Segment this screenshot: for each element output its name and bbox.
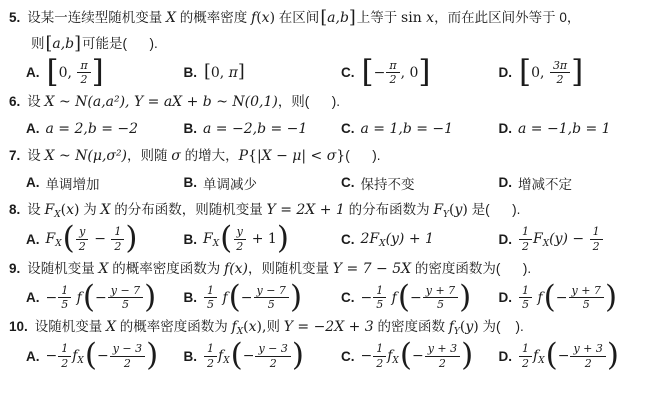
open-bracket: [ (46, 36, 53, 54)
fraction: y − 75 (254, 284, 289, 311)
option-A: A.−15 f(−y − 75) (26, 283, 184, 312)
option-label: D. (499, 232, 513, 247)
math-italic-run: x (66, 202, 74, 218)
math-subscripted-symbol: fX (72, 348, 84, 364)
math-roman-run: + 1 (247, 231, 277, 247)
math-subscripted-symbol: fX (218, 348, 230, 364)
option-label: D. (499, 175, 513, 190)
text-run: 的分布函数，则随机变量 (111, 202, 267, 217)
text-run: 设随机变量 (35, 319, 106, 334)
math-italic-run: Y = −2X + 3 (284, 319, 374, 335)
fraction-denominator: 5 (434, 298, 447, 311)
close-bracket: ) (144, 283, 156, 312)
math-roman-run: | < (301, 148, 326, 164)
fraction-denominator: 2 (78, 73, 91, 86)
math-roman-run: − (90, 231, 111, 247)
option-label: A. (26, 232, 40, 247)
math-roman-run: − (97, 348, 109, 364)
question-line: 7.设 X ~ N(μ,σ²)，则随 σ 的增大，P{|X − μ| < σ}(… (9, 143, 656, 169)
open-bracket: [ (519, 58, 531, 87)
text-run: 的分布函数为 (345, 202, 434, 217)
math-italic-run: (y) + 1 (386, 231, 434, 247)
option-label: B. (184, 290, 198, 305)
bracket-group: (−y − 75) (229, 283, 302, 312)
text-run: 单调增加 (46, 173, 100, 193)
math-subscripted-symbol: FX (46, 231, 62, 247)
option-A: A.FX(y2 − 12) (26, 224, 184, 253)
fraction-denominator: 2 (519, 357, 532, 370)
fraction-denominator: 2 (582, 357, 595, 370)
bracket-group: [−π2, 0] (362, 58, 431, 87)
fraction-numerator: y − 3 (110, 342, 145, 356)
fraction-denominator: 2 (436, 357, 449, 370)
fraction-numerator: y − 7 (108, 284, 143, 298)
math-italic-run: X ~ N(μ,σ²) (45, 148, 128, 164)
math-italic-run: x (426, 10, 434, 26)
options-row: A.[0, π2]B.[0, π]C.[−π2, 0]D.[0, 3π2] (9, 58, 656, 87)
text-run: 的增大， (181, 148, 239, 163)
text-run: 的概率密度 (176, 10, 251, 25)
fraction-numerator: y (234, 225, 246, 239)
fraction: y + 75 (569, 284, 604, 311)
fraction: y2 (76, 225, 89, 252)
open-bracket: ( (398, 283, 410, 312)
question-line: 10.设随机变量 X 的概率密度函数为 fX(x),则 Y = −2X + 3 … (9, 314, 656, 340)
fraction-numerator: y − 7 (254, 284, 289, 298)
fraction: 15 (373, 284, 386, 311)
close-bracket: ) (146, 341, 158, 370)
question-list: 5.设某一连续型随机变量 X 的概率密度 f(x) 在区间[a,b]上等于 si… (0, 0, 660, 371)
option-label: D. (499, 349, 513, 364)
fraction-numerator: 3π (550, 59, 570, 73)
close-bracket: ) (607, 341, 619, 370)
math-roman-run: − (241, 290, 253, 306)
fraction: 15 (204, 284, 217, 311)
fraction: y − 32 (255, 342, 290, 369)
option-A: A.单调增加 (26, 173, 184, 193)
math-roman-run: − (558, 348, 570, 364)
bracket-group: (y2 + 1) (220, 224, 289, 253)
math-italic-run: f (72, 290, 82, 306)
open-bracket: [ (362, 58, 374, 87)
option-label: D. (499, 121, 513, 136)
math-italic-run: a = −1,b = 1 (518, 121, 611, 137)
fraction-numerator: 1 (519, 225, 532, 239)
fraction-denominator: 2 (519, 240, 532, 253)
open-bracket: [ (204, 64, 211, 82)
options-row: A.−12fX(−y − 32)B.12fX(−y − 32)C.−12fX(−… (9, 341, 656, 370)
bracket-group: (−y + 75) (398, 283, 471, 312)
option-label: B. (184, 349, 198, 364)
close-bracket: ] (571, 58, 583, 87)
fraction-numerator: y + 7 (569, 284, 604, 298)
fraction: 12 (590, 225, 603, 252)
options-row: A.FX(y2 − 12)B.FX(y2 + 1)C.2FX(y) + 1D.1… (9, 224, 656, 253)
bracket-group: (−y − 32) (85, 341, 158, 370)
math-italic-run: X (99, 261, 109, 277)
fraction-denominator: 2 (58, 357, 71, 370)
question-line: 8.设 FX(x) 为 X 的分布函数，则随机变量 Y = 2X + 1 的分布… (9, 197, 656, 223)
math-subscripted-symbol: fY (449, 319, 460, 335)
text-run: 则 (31, 36, 45, 51)
text-run: 上等于 (357, 10, 401, 25)
fraction-numerator: y + 7 (423, 284, 458, 298)
fraction-denominator: 5 (204, 298, 217, 311)
fraction-numerator: 1 (373, 284, 386, 298)
open-bracket: ( (63, 224, 75, 253)
option-C: C.[−π2, 0] (341, 58, 499, 87)
question-line: 9.设随机变量 X 的概率密度函数为 f(x)，则随机变量 Y = 7 − 5X… (9, 256, 656, 282)
math-italic-run: f (533, 290, 543, 306)
math-italic-run: Y = 7 − 5X (333, 261, 411, 277)
bracket-group: (y2 − 12) (63, 224, 138, 253)
option-A: A.[0, π2] (26, 58, 184, 87)
bracket-group: (−y − 75) (83, 283, 156, 312)
math-subscripted-symbol: FX (203, 231, 219, 247)
fraction-denominator: 5 (265, 298, 278, 311)
fraction: π2 (77, 59, 90, 86)
math-italic-run: f (218, 290, 228, 306)
question-number: 7. (9, 148, 20, 163)
close-bracket: ] (349, 10, 356, 28)
close-bracket: ) (605, 283, 617, 312)
math-roman-run: − (95, 290, 107, 306)
fraction: y2 (233, 225, 246, 252)
option-A: A.a = 2,b = −2 (26, 121, 184, 137)
fraction-denominator: 2 (233, 240, 246, 253)
math-roman-run: ), (257, 319, 267, 335)
question-8: 8.设 FX(x) 为 X 的分布函数，则随机变量 Y = 2X + 1 的分布… (9, 197, 656, 253)
open-bracket: ( (83, 283, 95, 312)
text-run: 增减不定 (518, 173, 572, 193)
text-run: 为 (80, 202, 101, 217)
math-italic-run: x (249, 319, 257, 335)
math-italic-run: X (166, 10, 176, 26)
options-row: A.单调增加B.单调减少C.保持不变D.增减不定 (9, 170, 656, 195)
text-run: 设某一连续型随机变量 (27, 10, 166, 25)
math-roman-run: − (374, 65, 386, 81)
fraction: 15 (519, 284, 532, 311)
question-10: 10.设随机变量 X 的概率密度函数为 fX(x),则 Y = −2X + 3 … (9, 314, 656, 370)
fraction-numerator: 1 (519, 284, 532, 298)
fraction-denominator: 5 (119, 298, 132, 311)
math-italic-run: (y) − (549, 231, 588, 247)
option-C: C.2FX(y) + 1 (341, 231, 499, 247)
math-roman-run: 0, (59, 65, 77, 81)
fraction: 15 (58, 284, 71, 311)
fraction-numerator: 1 (519, 342, 532, 356)
math-italic-run: f(x) (224, 261, 248, 277)
fraction-denominator: 2 (590, 240, 603, 253)
fraction: 12 (58, 342, 71, 369)
close-bracket: ) (292, 341, 304, 370)
math-italic-run: a = 1,b = −1 (361, 121, 454, 137)
fraction-denominator: 2 (386, 73, 399, 86)
open-bracket: ( (544, 283, 556, 312)
fraction-denominator: 2 (76, 240, 89, 253)
fraction-numerator: y − 3 (255, 342, 290, 356)
fraction: 12 (519, 342, 532, 369)
fraction: y − 32 (110, 342, 145, 369)
fraction-denominator: 5 (58, 298, 71, 311)
option-D: D.12fX(−y + 32) (499, 341, 657, 370)
option-label: B. (184, 65, 198, 80)
fraction-numerator: 1 (204, 284, 217, 298)
text-run: 可能是( ). (82, 36, 158, 51)
math-italic-run: a = 2,b = −2 (46, 121, 139, 137)
fraction-denominator: 2 (111, 240, 124, 253)
option-label: B. (184, 121, 198, 136)
text-run: ，则随机变量 (248, 261, 333, 276)
text-run: ，则( ). (278, 94, 340, 109)
question-number: 6. (9, 94, 20, 109)
fraction-numerator: y (76, 225, 88, 239)
math-roman-run: sin (401, 10, 426, 26)
text-run: 单调减少 (203, 173, 257, 193)
fraction-denominator: 2 (554, 73, 567, 86)
text-run: 的概率密度函数为 (109, 261, 225, 276)
option-C: C.a = 1,b = −1 (341, 121, 499, 137)
text-run: 的概率密度函数为 (116, 319, 232, 334)
bracket-group: (−y + 32) (400, 341, 473, 370)
fraction: 12 (204, 342, 217, 369)
question-line: 则[a,b]可能是( ). (9, 31, 656, 57)
text-run: 保持不变 (361, 173, 415, 193)
fraction: 3π2 (550, 59, 570, 86)
close-bracket: ) (277, 224, 289, 253)
fraction-numerator: 1 (590, 225, 603, 239)
open-bracket: ( (231, 341, 243, 370)
option-label: C. (341, 121, 355, 136)
option-label: A. (26, 175, 40, 190)
bracket-group: (−y + 75) (544, 283, 617, 312)
fraction-denominator: 2 (373, 357, 386, 370)
option-label: B. (184, 232, 198, 247)
fraction: y − 75 (108, 284, 143, 311)
option-B: B.[0, π] (184, 64, 342, 82)
close-bracket: ] (238, 64, 245, 82)
math-italic-run: σ (327, 148, 337, 164)
option-D: D.12FX(y) − 12 (499, 225, 657, 252)
math-italic-run: a,b (327, 6, 349, 31)
option-B: B.单调减少 (184, 173, 342, 193)
open-bracket: ( (229, 283, 241, 312)
math-italic-run: π (229, 65, 238, 81)
math-italic-run: P (239, 148, 248, 164)
close-bracket: ) (290, 283, 302, 312)
close-bracket: ) (461, 341, 473, 370)
text-run: ，则随 (127, 148, 171, 163)
fraction: 12 (111, 225, 124, 252)
fraction-numerator: 1 (58, 342, 71, 356)
fraction-numerator: 1 (58, 284, 71, 298)
question-line: 6.设 X ~ N(a,a²), Y = aX + b ~ N(0,1)，则( … (9, 89, 656, 115)
bracket-group: (−y + 32) (546, 341, 619, 370)
open-bracket: [ (47, 58, 59, 87)
question-number: 10. (9, 319, 28, 334)
fraction: 12 (519, 225, 532, 252)
math-subscripted-symbol: fX (232, 319, 244, 335)
math-subscripted-symbol: FX (369, 231, 385, 247)
option-label: D. (499, 290, 513, 305)
option-B: B.a = −2,b = −1 (184, 121, 342, 137)
option-label: C. (341, 232, 355, 247)
math-italic-run: X ~ N(a,a²), Y = aX + b ~ N(0,1) (45, 94, 278, 110)
fraction-denominator: 2 (121, 357, 134, 370)
fraction-denominator: 2 (267, 357, 280, 370)
option-label: A. (26, 349, 40, 364)
bracket-group: [a,b] (320, 6, 355, 31)
math-italic-run: X (101, 202, 111, 218)
math-italic-run: x (262, 10, 270, 26)
question-number: 5. (9, 10, 20, 25)
option-label: D. (499, 65, 513, 80)
options-row: A.a = 2,b = −2B.a = −2,b = −1C.a = 1,b =… (9, 116, 656, 141)
open-bracket: ( (220, 224, 232, 253)
fraction: y + 32 (425, 342, 460, 369)
option-C: C.保持不变 (341, 173, 499, 193)
fraction-numerator: 1 (373, 342, 386, 356)
math-roman-run: − (46, 290, 58, 306)
fraction-numerator: 1 (204, 342, 217, 356)
fraction-numerator: π (386, 59, 399, 73)
fraction-numerator: 1 (111, 225, 124, 239)
math-italic-run: σ (171, 148, 181, 164)
math-roman-run: , 0 (401, 65, 419, 81)
math-roman-run: } (336, 148, 345, 164)
fraction: y + 75 (423, 284, 458, 311)
fraction-denominator: 5 (373, 298, 386, 311)
option-A: A.−12fX(−y − 32) (26, 341, 184, 370)
close-bracket: ] (92, 58, 104, 87)
question-6: 6.设 X ~ N(a,a²), Y = aX + b ~ N(0,1)，则( … (9, 89, 656, 141)
bracket-group: [0, 3π2] (519, 58, 583, 87)
math-italic-run: Y = 2X + 1 (267, 202, 345, 218)
text-run: 为( ). (479, 319, 524, 334)
option-C: C.−15 f(−y + 75) (341, 283, 499, 312)
math-italic-run: f (387, 290, 397, 306)
option-B: B.FX(y2 + 1) (184, 224, 342, 253)
fraction-numerator: y + 3 (425, 342, 460, 356)
option-B: B.15 f(−y − 75) (184, 283, 342, 312)
close-bracket: ] (74, 36, 81, 54)
math-roman-run: − (243, 348, 255, 364)
option-D: D.[0, 3π2] (499, 58, 657, 87)
fraction: y + 32 (570, 342, 605, 369)
question-9: 9.设随机变量 X 的概率密度函数为 f(x)，则随机变量 Y = 7 − 5X… (9, 256, 656, 312)
math-italic-run: X (106, 319, 116, 335)
math-italic-run: a = −2,b = −1 (203, 121, 307, 137)
option-label: C. (341, 65, 355, 80)
fraction: 12 (373, 342, 386, 369)
option-label: A. (26, 65, 40, 80)
bracket-group: (−y − 32) (231, 341, 304, 370)
option-B: B.12fX(−y − 32) (184, 341, 342, 370)
text-run: ，而在此区间外等于 0， (434, 10, 580, 25)
math-subscripted-symbol: fX (533, 348, 545, 364)
bracket-group: [0, π2] (47, 58, 104, 87)
close-bracket: ] (418, 58, 430, 87)
math-italic-run: X − μ (262, 148, 302, 164)
open-bracket: ( (546, 341, 558, 370)
fraction-denominator: 5 (519, 298, 532, 311)
options-row: A.−15 f(−y − 75)B.15 f(−y − 75)C.−15 f(−… (9, 283, 656, 312)
fraction-denominator: 2 (204, 357, 217, 370)
math-roman-run: 0, (531, 65, 549, 81)
fraction: π2 (386, 59, 399, 86)
math-roman-run: − (361, 348, 373, 364)
text-run: 的密度函数为( ). (411, 261, 531, 276)
text-run: ( ). (345, 148, 380, 163)
text-run: 设 (27, 202, 44, 217)
question-7: 7.设 X ~ N(μ,σ²)，则随 σ 的增大，P{|X − μ| < σ}(… (9, 143, 656, 195)
option-D: D.增减不定 (499, 173, 657, 193)
text-run: 设 (27, 94, 44, 109)
text-run: 设 (27, 148, 44, 163)
math-subscripted-symbol: FX (45, 202, 61, 218)
fraction-numerator: π (77, 59, 90, 73)
math-roman-run: − (556, 290, 568, 306)
option-D: D.15 f(−y + 75) (499, 283, 657, 312)
bracket-group: [0, π] (204, 64, 245, 82)
math-roman-run: 0, (211, 65, 229, 81)
text-run: 的密度函数 (374, 319, 449, 334)
close-bracket: ) (125, 224, 137, 253)
option-label: C. (341, 290, 355, 305)
math-subscripted-symbol: fX (387, 348, 399, 364)
option-label: A. (26, 290, 40, 305)
math-roman-run: {| (248, 148, 262, 164)
open-bracket: ( (85, 341, 97, 370)
fraction-denominator: 5 (580, 298, 593, 311)
question-number: 9. (9, 261, 20, 276)
math-roman-run: − (412, 348, 424, 364)
math-subscripted-symbol: FY (433, 202, 449, 218)
option-C: C.−12fX(−y + 32) (341, 341, 499, 370)
open-bracket: [ (320, 10, 327, 28)
text-run: 设随机变量 (27, 261, 98, 276)
question-line: 5.设某一连续型随机变量 X 的概率密度 f(x) 在区间[a,b]上等于 si… (9, 5, 656, 31)
text-run: 在区间 (275, 10, 319, 25)
question-5: 5.设某一连续型随机变量 X 的概率密度 f(x) 在区间[a,b]上等于 si… (9, 5, 656, 87)
open-bracket: ( (400, 341, 412, 370)
text-run: 是( ). (468, 202, 521, 217)
text-run: 则 (266, 319, 283, 334)
math-roman-run: − (361, 290, 373, 306)
option-label: A. (26, 121, 40, 136)
math-roman-run: − (46, 348, 58, 364)
option-label: C. (341, 349, 355, 364)
option-label: B. (184, 175, 198, 190)
option-D: D.a = −1,b = 1 (499, 121, 657, 137)
math-subscripted-symbol: FX (533, 231, 549, 247)
close-bracket: ) (459, 283, 471, 312)
question-number: 8. (9, 202, 20, 217)
math-roman-run: − (410, 290, 422, 306)
fraction-numerator: y + 3 (570, 342, 605, 356)
option-label: C. (341, 175, 355, 190)
